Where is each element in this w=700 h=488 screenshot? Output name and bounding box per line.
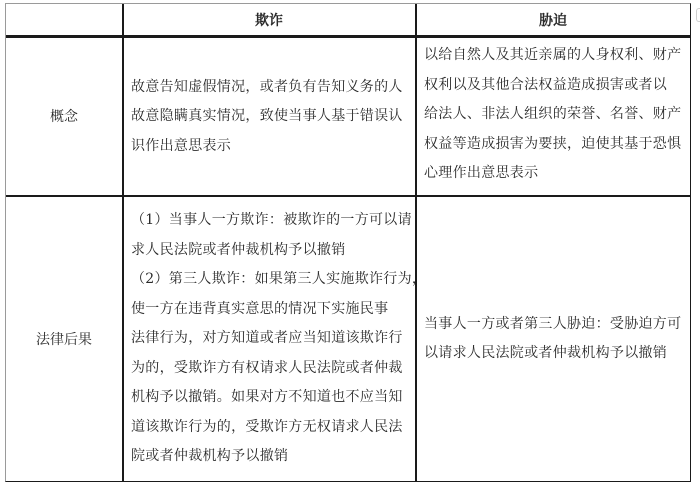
row-label-legal-consequences: 法律后果	[6, 197, 122, 481]
fraud-concept-line: 故意隐瞒真实情况，致使当事人基于错误认	[131, 102, 415, 132]
fraud-concept-line: 故意告知虚假情况，或者负有告知义务的人	[131, 73, 415, 103]
fraud-consequences-line: （2）第三人欺诈：如果第三人实施欺诈行为，	[131, 265, 415, 295]
duress-consequences-line: 当事人一方或者第三人胁迫：受胁迫方可	[424, 310, 692, 340]
fraud-consequences-line: 道该欺诈行为的，受欺诈方无权请求人民法	[131, 413, 415, 443]
duress-concept-cell: 以给自然人及其近亲属的人身权利、财产 权利以及其他合法权益造成损害或者以 给法人…	[424, 37, 692, 195]
fraud-consequences-line: 使一方在违背真实意思的情况下实施民事	[131, 295, 415, 325]
column-divider-2	[415, 4, 417, 481]
fraud-consequences-line: （1）当事人一方欺诈：被欺诈的一方可以请	[131, 206, 415, 236]
duress-concept-line: 给法人、非法人组织的荣誉、名誉、财产	[424, 100, 692, 130]
column-divider-1	[122, 4, 124, 481]
fraud-consequences-line: 法律行为，对方知道或者应当知道该欺诈行	[131, 324, 415, 354]
comparison-table: 欺诈 胁迫 概念 故意告知虚假情况，或者负有告知义务的人 故意隐瞒真实情况，致使…	[5, 3, 691, 482]
fraud-consequences-line: 机构予以撤销。如果对方不知道也不应当知	[131, 383, 415, 413]
header-duress: 胁迫	[416, 4, 690, 35]
duress-concept-line: 心理作出意思表示	[424, 159, 692, 189]
edge-artifact	[696, 8, 700, 22]
fraud-concept-cell: 故意告知虚假情况，或者负有告知义务的人 故意隐瞒真实情况，致使当事人基于错误认 …	[131, 37, 415, 195]
header-corner-cell	[6, 4, 122, 35]
header-fraud: 欺诈	[123, 4, 415, 35]
fraud-concept-line: 识作出意思表示	[131, 132, 415, 162]
duress-concept-line: 以给自然人及其近亲属的人身权利、财产	[424, 41, 692, 71]
fraud-consequences-line: 院或者仲裁机构予以撤销	[131, 442, 415, 472]
duress-concept-line: 权益等造成损害为要挟，迫使其基于恐惧	[424, 130, 692, 160]
duress-concept-line: 权利以及其他合法权益造成损害或者以	[424, 71, 692, 101]
duress-consequences-cell: 当事人一方或者第三人胁迫：受胁迫方可 以请求人民法院或者仲裁机构予以撤销	[424, 197, 692, 481]
row-label-concept: 概念	[6, 37, 122, 195]
fraud-consequences-line: 为的，受欺诈方有权请求人民法院或者仲裁	[131, 354, 415, 384]
fraud-consequences-line: 求人民法院或者仲裁机构予以撤销	[131, 236, 415, 266]
duress-consequences-line: 以请求人民法院或者仲裁机构予以撤销	[424, 339, 692, 369]
fraud-consequences-cell: （1）当事人一方欺诈：被欺诈的一方可以请 求人民法院或者仲裁机构予以撤销 （2）…	[131, 197, 415, 481]
